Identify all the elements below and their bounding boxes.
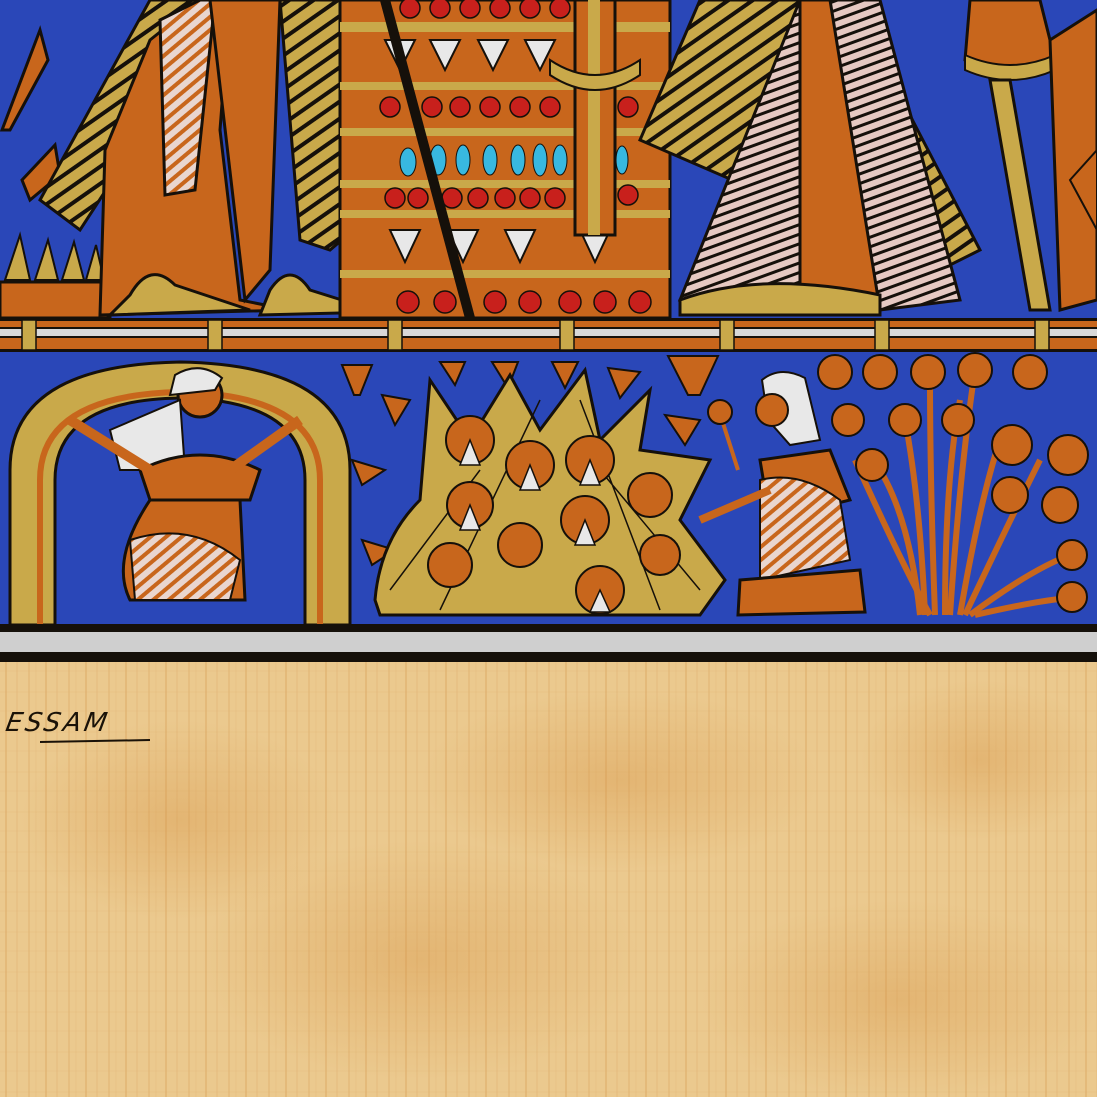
papyrus-painting	[0, 0, 1097, 1097]
blank-papyrus	[0, 662, 1097, 1097]
divider-band	[0, 318, 1097, 352]
artist-signature: ESSAM	[3, 708, 112, 738]
bottom-border	[0, 624, 1097, 662]
upper-scene	[0, 0, 1097, 318]
lower-frieze	[0, 352, 1097, 628]
ornate-throne	[340, 0, 670, 318]
